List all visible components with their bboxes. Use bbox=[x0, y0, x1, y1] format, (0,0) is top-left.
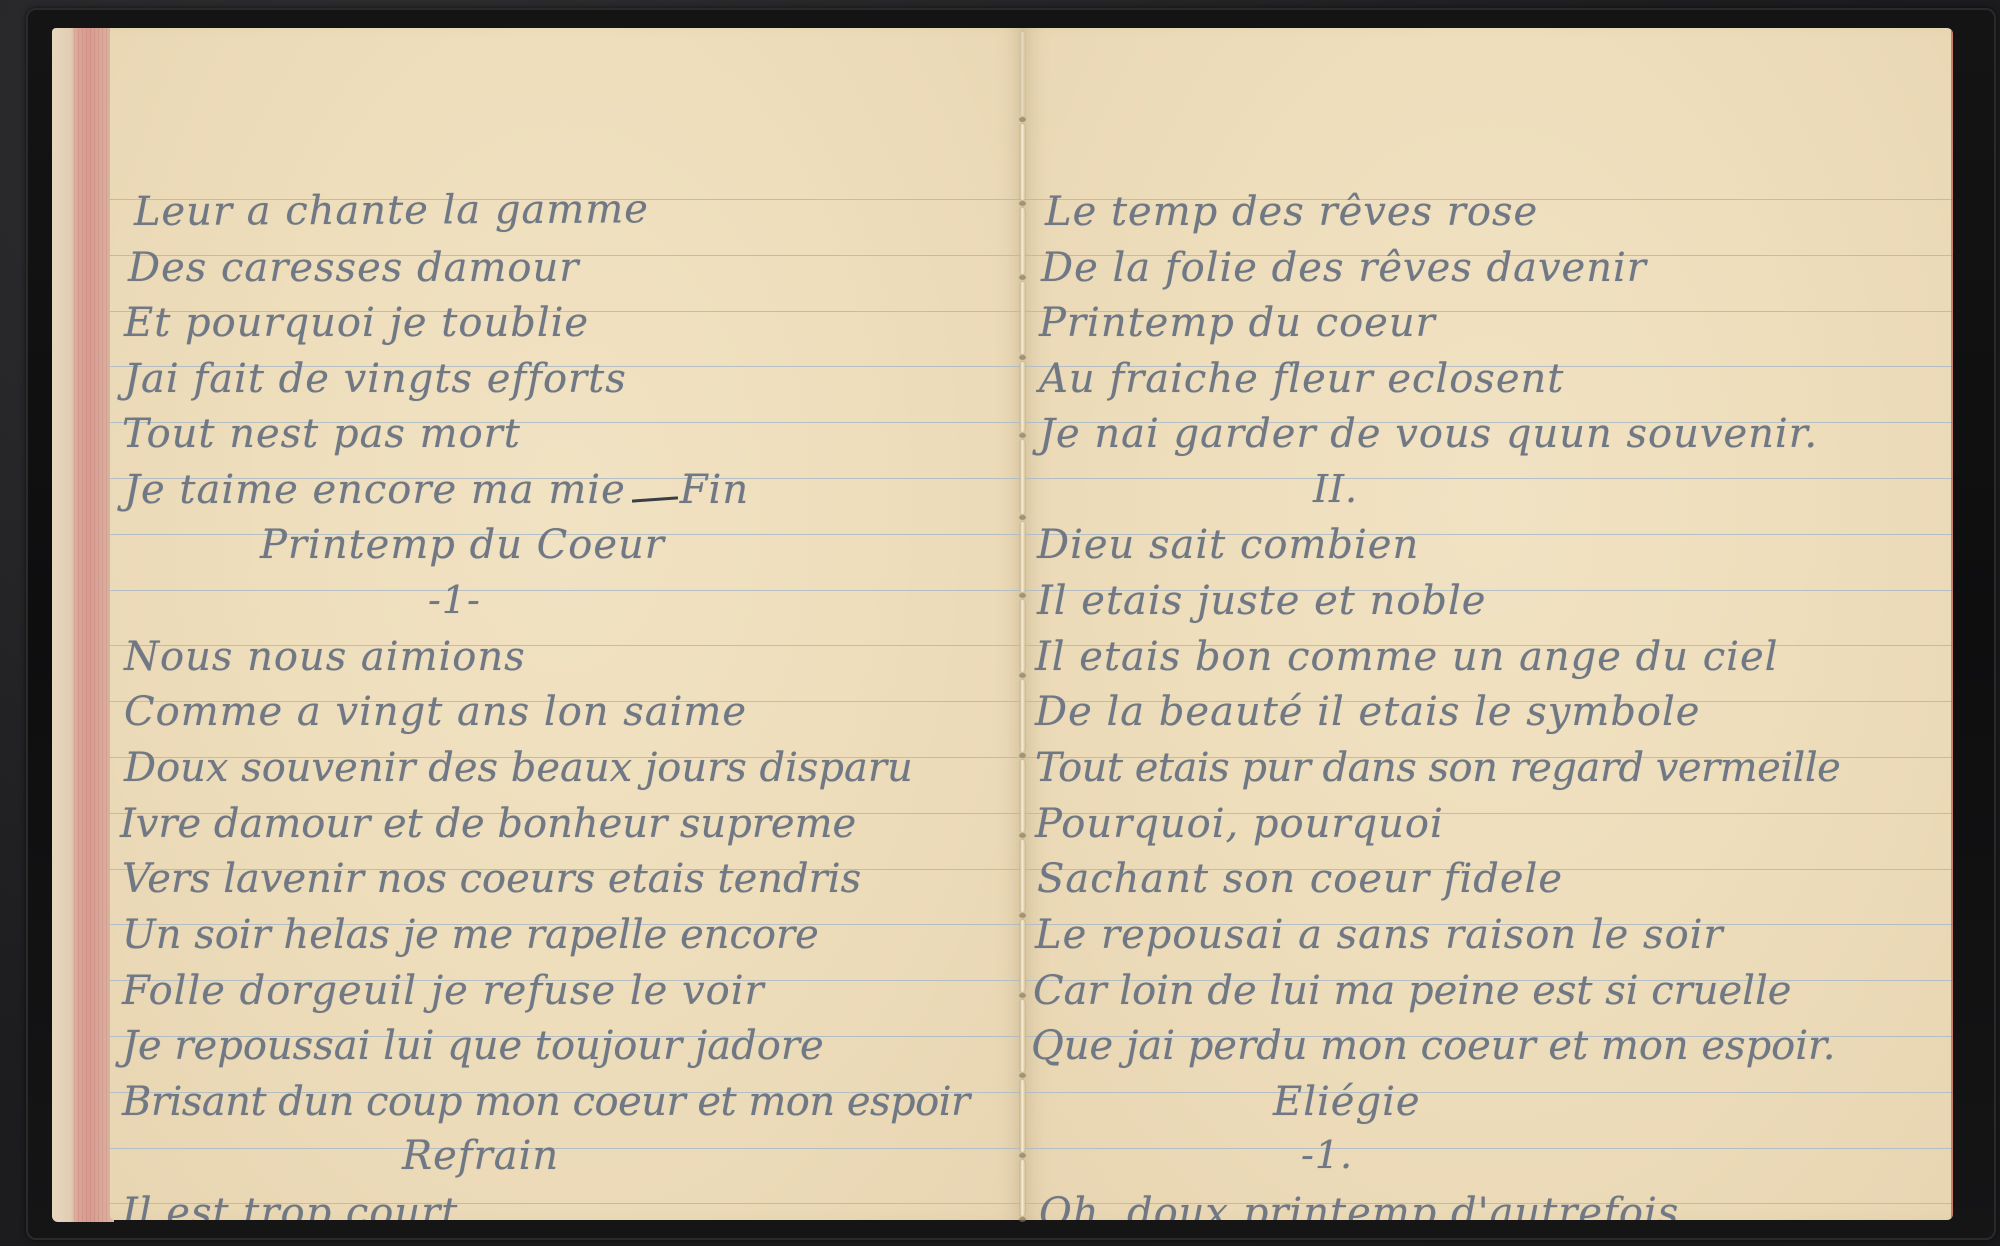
spine-stitching bbox=[1018, 28, 1028, 1220]
verse-line: Que jai perdu mon coeur et mon espoir. bbox=[1031, 1026, 1836, 1066]
stitch-hole bbox=[1019, 1153, 1026, 1158]
verse-line: Au fraiche fleur eclosent bbox=[1039, 359, 1564, 399]
verse-line: Printemp du coeur bbox=[1039, 303, 1436, 343]
ruled-line bbox=[1023, 478, 1953, 479]
stitch-hole bbox=[1019, 275, 1026, 280]
stitch-hole bbox=[1019, 1217, 1026, 1222]
stitch-thread bbox=[1020, 208, 1025, 274]
verse-line: Des caresses damour bbox=[128, 248, 579, 288]
stitch-hole bbox=[1019, 593, 1026, 598]
verse-line: Oh, doux printemp d'autrefois bbox=[1039, 1193, 1679, 1220]
stitch-thread bbox=[1020, 522, 1025, 592]
verse-line: Il est trop court bbox=[122, 1193, 458, 1220]
refrain-heading: Refrain bbox=[402, 1136, 559, 1176]
verse-line: Je repoussai lui que toujour jadore bbox=[122, 1026, 824, 1066]
stitch-hole bbox=[1019, 117, 1026, 122]
poem-title: Printemp du Coeur bbox=[260, 525, 665, 565]
verse-line: Pourquoi, pourquoi bbox=[1035, 804, 1444, 844]
verse-line: Vers lavenir nos coeurs etais tendris bbox=[122, 859, 861, 899]
poem-title: Eliégie bbox=[1273, 1082, 1421, 1122]
stitch-hole bbox=[1019, 515, 1026, 520]
stitch-thread bbox=[1020, 362, 1025, 432]
ruled-line bbox=[110, 1148, 1023, 1149]
ruled-line bbox=[110, 590, 1023, 591]
verse-line: Nous nous aimions bbox=[124, 637, 526, 677]
stitch-thread bbox=[1020, 680, 1025, 752]
ruled-line bbox=[1023, 1092, 1953, 1093]
verse-line: Comme a vingt ans lon saime bbox=[124, 692, 747, 732]
stitch-thread bbox=[1020, 32, 1025, 116]
section-number: -1- bbox=[428, 581, 481, 619]
verse-line: Tout nest pas mort bbox=[122, 414, 521, 454]
stitch-thread bbox=[1020, 1080, 1025, 1152]
section-number: -1. bbox=[1301, 1136, 1353, 1174]
verse-line: De la beauté il etais le symbole bbox=[1035, 692, 1700, 732]
stitch-thread bbox=[1020, 840, 1025, 912]
verse-line: Le repousai a sans raison le soir bbox=[1035, 915, 1724, 955]
stitch-thread bbox=[1020, 600, 1025, 672]
verse-line: De la folie des rêves davenir bbox=[1041, 248, 1647, 288]
stitch-hole bbox=[1019, 993, 1026, 998]
verse-line: Ivre damour et de bonheur supreme bbox=[120, 804, 856, 844]
verse-line: Leur a chante la gamme bbox=[134, 189, 649, 232]
section-number: II. bbox=[1313, 470, 1358, 508]
notebook-scan: Leur a chante la gamme Des caresses damo… bbox=[0, 0, 2000, 1246]
verse-text: Je taime encore ma mie bbox=[124, 467, 626, 513]
verse-line: Brisant dun coup mon coeur et mon espoir bbox=[122, 1082, 970, 1122]
stitch-thread bbox=[1020, 1160, 1025, 1216]
verse-line-with-end-mark: Je taime encore ma mieFin bbox=[124, 470, 749, 510]
stitch-hole bbox=[1019, 753, 1026, 758]
verse-line: Jai fait de vingts efforts bbox=[124, 359, 627, 399]
stitch-hole bbox=[1019, 673, 1026, 678]
fin-label: Fin bbox=[680, 467, 749, 513]
verse-line: Tout etais pur dans son regard vermeille bbox=[1035, 748, 1840, 788]
left-page: Leur a chante la gamme Des caresses damo… bbox=[110, 28, 1023, 1220]
stitch-thread bbox=[1020, 920, 1025, 992]
stitch-hole bbox=[1019, 833, 1026, 838]
stitch-thread bbox=[1020, 124, 1025, 200]
verse-line: Folle dorgeuil je refuse le voir bbox=[122, 971, 765, 1011]
verse-line: Le temp des rêves rose bbox=[1045, 192, 1538, 232]
verse-line: Dieu sait combien bbox=[1037, 525, 1419, 565]
right-page: Le temp des rêves rose De la folie des r… bbox=[1023, 28, 1953, 1220]
verse-line: Un soir helas je me rapelle encore bbox=[122, 915, 819, 955]
verse-line: Il etais bon comme un ange du ciel bbox=[1035, 637, 1778, 677]
stitch-thread bbox=[1020, 1000, 1025, 1072]
verse-line: Car loin de lui ma peine est si cruelle bbox=[1033, 971, 1791, 1011]
verse-line: Et pourquoi je toublie bbox=[124, 303, 589, 343]
stitch-thread bbox=[1020, 760, 1025, 832]
stitch-thread bbox=[1020, 440, 1025, 514]
verse-line: Sachant son coeur fidele bbox=[1037, 859, 1563, 899]
verse-line: Il etais juste et noble bbox=[1037, 581, 1486, 621]
verse-line: Je nai garder de vous quun souvenir. bbox=[1039, 414, 1818, 454]
stitch-hole bbox=[1019, 433, 1026, 438]
verse-line: Doux souvenir des beaux jours disparu bbox=[124, 748, 913, 788]
stitch-hole bbox=[1019, 913, 1026, 918]
stitch-hole bbox=[1019, 1073, 1026, 1078]
ruled-line bbox=[1023, 1148, 1953, 1149]
page-edge-stain bbox=[52, 28, 114, 1222]
end-dash-mark bbox=[632, 496, 678, 502]
stitch-hole bbox=[1019, 201, 1026, 206]
stitch-thread bbox=[1020, 282, 1025, 354]
stitch-hole bbox=[1019, 355, 1026, 360]
